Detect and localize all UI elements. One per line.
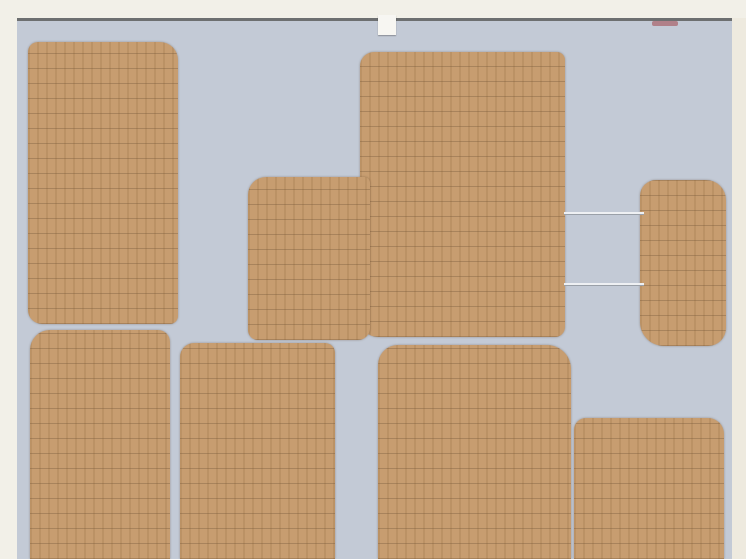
- papyrus-fragment-bottom-center-left: [180, 343, 335, 559]
- papyrus-fragment-top-center-large: [360, 52, 565, 337]
- papyrus-fragment-top-left: [28, 42, 178, 324]
- papyrus-fragment-top-center-left: [248, 177, 370, 340]
- papyrus-fragment-bottom-center: [378, 345, 571, 559]
- frame-right-edge: [732, 18, 746, 559]
- papyrus-fragment-bottom-right: [574, 418, 724, 559]
- red-inventory-mark: [652, 21, 678, 26]
- papyrus-fragment-top-right-small: [640, 180, 726, 346]
- papyrus-fragment-bottom-left: [30, 330, 170, 559]
- mount-label: [378, 15, 396, 35]
- mount-string-lower: [564, 283, 644, 286]
- mount-string-upper: [564, 212, 644, 215]
